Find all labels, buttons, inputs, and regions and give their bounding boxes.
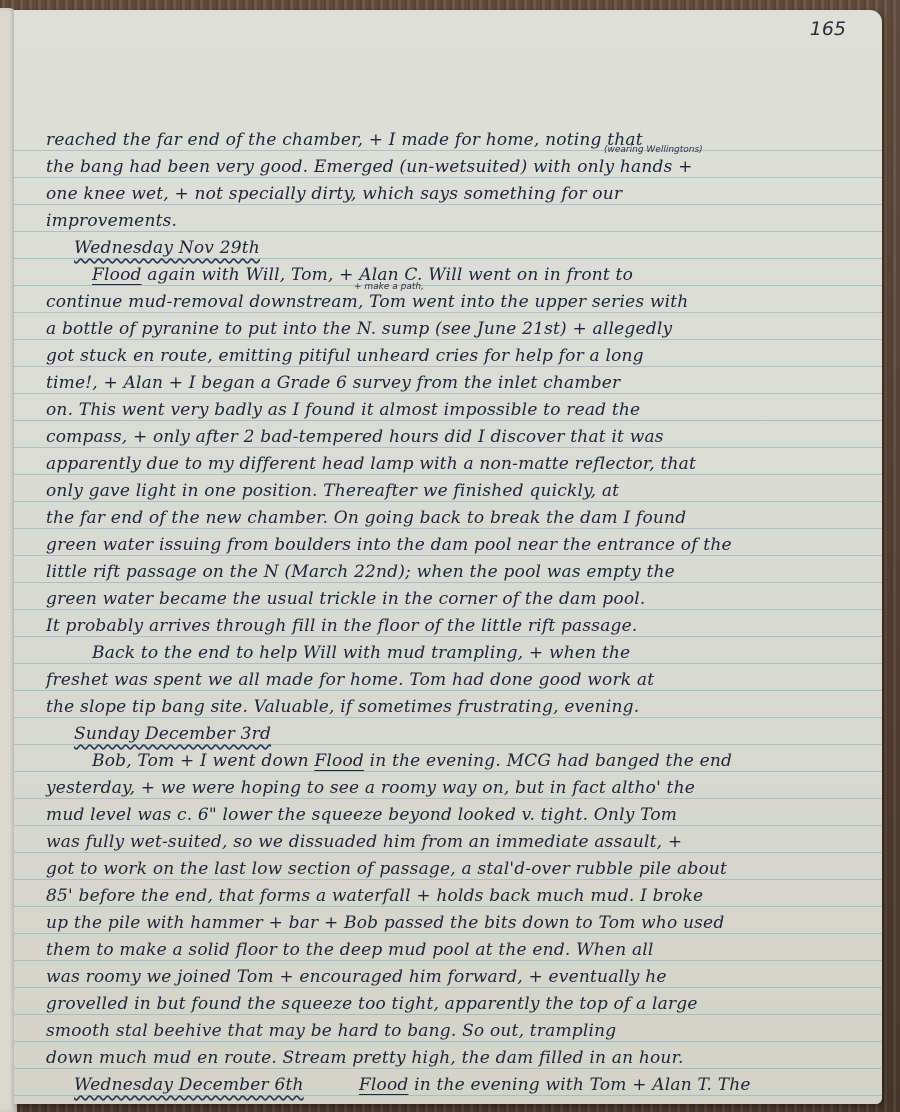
text-line: smooth stal beehive that may be hard to … bbox=[46, 1021, 616, 1041]
text-line: time!, + Alan + I began a Grade 6 survey… bbox=[46, 373, 620, 393]
text-line: only gave light in one position. Thereaf… bbox=[46, 481, 619, 501]
text-line: up the pile with hammer + bar + Bob pass… bbox=[46, 913, 724, 933]
text-line: grovelled in but found the squeeze too t… bbox=[46, 994, 698, 1014]
text-line: little rift passage on the N (March 22nd… bbox=[46, 562, 675, 582]
text-line: Bob, Tom + I went down Flood in the even… bbox=[92, 751, 732, 771]
text-line: continue mud-removal downstream, Tom wen… bbox=[46, 292, 688, 312]
text-line: compass, + only after 2 bad-tempered hou… bbox=[46, 427, 664, 447]
text-line: apparently due to my different head lamp… bbox=[46, 454, 696, 474]
text-line: Back to the end to help Will with mud tr… bbox=[92, 643, 630, 663]
text-line: green water became the usual trickle in … bbox=[46, 589, 646, 609]
insertion-note: (wearing Wellingtons) bbox=[604, 145, 703, 155]
entry-heading: Sunday December 3rd bbox=[74, 724, 271, 744]
text-line: was roomy we joined Tom + encouraged him… bbox=[46, 967, 667, 987]
cave-name: Flood bbox=[92, 265, 142, 285]
notebook-page: 165 reached the far end of the chamber, … bbox=[14, 10, 882, 1104]
insertion-note: + make a path, bbox=[354, 282, 424, 292]
text-line: green water issuing from boulders into t… bbox=[46, 535, 732, 555]
text-line: the slope tip bang site. Valuable, if so… bbox=[46, 697, 639, 717]
text-line: reached the far end of the chamber, + I … bbox=[46, 130, 643, 150]
entry-heading: Wednesday Nov 29th bbox=[74, 238, 260, 258]
handwritten-text: reached the far end of the chamber, + I … bbox=[14, 10, 882, 1104]
text-line: got to work on the last low section of p… bbox=[46, 859, 727, 879]
text-line: Flood in the evening with Tom + Alan T. … bbox=[359, 1075, 751, 1095]
text-line: improvements. bbox=[46, 211, 177, 231]
cave-name: Flood bbox=[314, 751, 364, 771]
text-line: them to make a solid floor to the deep m… bbox=[46, 940, 654, 960]
text-line: freshet was spent we all made for home. … bbox=[46, 670, 654, 690]
text-line: the far end of the new chamber. On going… bbox=[46, 508, 686, 528]
text-line: yesterday, + we were hoping to see a roo… bbox=[46, 778, 695, 798]
entry-heading: Wednesday December 6th Flood in the even… bbox=[74, 1075, 751, 1095]
text-line: the bang had been very good. Emerged (un… bbox=[46, 157, 693, 177]
text-line: on. This went very badly as I found it a… bbox=[46, 400, 640, 420]
text-line: a bottle of pyranine to put into the N. … bbox=[46, 319, 672, 339]
text-line: 85' before the end, that forms a waterfa… bbox=[46, 886, 703, 906]
text-line: down much mud en route. Stream pretty hi… bbox=[46, 1048, 684, 1068]
text-line: got stuck en route, emitting pitiful unh… bbox=[46, 346, 644, 366]
text-line: was fully wet-suited, so we dissuaded hi… bbox=[46, 832, 682, 852]
text-line: one knee wet, + not specially dirty, whi… bbox=[46, 184, 622, 204]
text-line: mud level was c. 6" lower the squeeze be… bbox=[46, 805, 677, 825]
text-line: It probably arrives through fill in the … bbox=[46, 616, 638, 636]
